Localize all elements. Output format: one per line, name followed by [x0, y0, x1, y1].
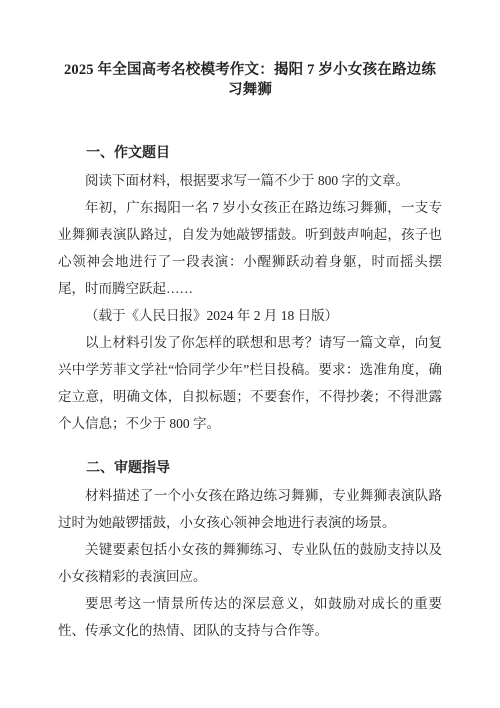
section-essay-prompt: 一、作文题目 阅读下面材料，根据要求写一篇不少于 800 字的文章。 年初，广东…: [58, 140, 442, 437]
document-page: 2025 年全国高考名校模考作文：揭阳 7 岁小女孩在路边练习舞狮 一、作文题目…: [0, 0, 500, 708]
paragraph: 关键要素包括小女孩的舞狮练习、专业队伍的鼓励支持以及小女孩精彩的表演回应。: [58, 536, 442, 590]
paragraph: 年初，广东揭阳一名 7 岁小女孩正在路边练习舞狮，一支专业舞狮表演队路过，自发为…: [58, 194, 442, 302]
section-topic-guidance: 二、审题指导 材料描述了一个小女孩在路边练习舞狮，专业舞狮表演队路过时为她敲锣擂…: [58, 455, 442, 644]
paragraph: 要思考这一情景所传达的深层意义，如鼓励对成长的重要性、传承文化的热情、团队的支持…: [58, 590, 442, 644]
paragraph-source-citation: （载于《人民日报》2024 年 2 月 18 日版）: [58, 302, 442, 329]
paragraph: 阅读下面材料，根据要求写一篇不少于 800 字的文章。: [58, 167, 442, 194]
document-title: 2025 年全国高考名校模考作文：揭阳 7 岁小女孩在路边练习舞狮: [58, 60, 442, 100]
section-heading-topic-guidance: 二、审题指导: [58, 455, 442, 482]
paragraph: 材料描述了一个小女孩在路边练习舞狮，专业舞狮表演队路过时为她敲锣擂鼓，小女孩心领…: [58, 482, 442, 536]
section-heading-essay-prompt: 一、作文题目: [58, 140, 442, 167]
paragraph: 以上材料引发了你怎样的联想和思考？请写一篇文章，向复兴中学芳菲文学社“恰同学少年…: [58, 329, 442, 437]
